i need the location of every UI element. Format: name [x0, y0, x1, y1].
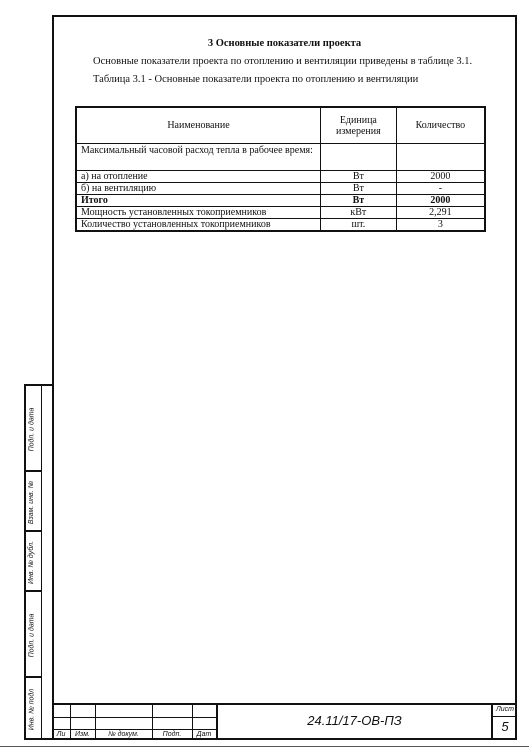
row-value: - [396, 183, 485, 195]
row-unit: кВт [320, 207, 396, 219]
document-code: 24.11/17-ОВ-ПЗ [217, 713, 492, 728]
row-name: а) на отопление [76, 171, 320, 183]
row-value: 2000 [396, 195, 485, 207]
side-stamp-cell: Взам. инв. № [26, 472, 42, 532]
col-label-doc-no: № докум. [95, 731, 152, 738]
side-label-orig-inv: Инв. № подл [29, 688, 36, 730]
table-row: Мощность установленных токоприемников кВ… [76, 207, 485, 219]
sheet-label: Лист [493, 706, 517, 713]
col-label-signature: Подп. [152, 731, 192, 738]
col-label-sheet: Ли [52, 731, 70, 738]
row-unit: Вт [320, 183, 396, 195]
row-name: Количество установленных токоприемников [76, 219, 320, 232]
table-caption: Таблица 3.1 - Основные показатели проект… [93, 74, 418, 85]
row-value: 2,291 [396, 207, 485, 219]
page-edge-line [0, 746, 529, 747]
header-unit: Единица измерения [320, 107, 396, 144]
side-stamp-cell: Подп. и дата [26, 592, 42, 678]
table-row: Количество установленных токоприемников … [76, 219, 485, 232]
row-name: б) на вентиляцию [76, 183, 320, 195]
side-label-replaced-inv: Взам. инв. № [29, 480, 36, 523]
row-unit [320, 144, 396, 171]
row-value: 3 [396, 219, 485, 232]
header-quantity: Количество [396, 107, 485, 144]
sheet-divider [492, 716, 517, 717]
side-stamp-cell: Инв. № дубл. [26, 532, 42, 592]
row-unit: шт. [320, 219, 396, 232]
title-block: Ли Изм. № докум. Подп. Дат 24.11/17-ОВ-П… [52, 703, 517, 740]
row-value [396, 144, 485, 171]
row-unit: Вт [320, 195, 396, 207]
side-stamp-cell: Инв. № подл [26, 678, 42, 740]
table-row-total: Итого Вт 2000 [76, 195, 485, 207]
side-label-dup-inv: Инв. № дубл. [29, 540, 36, 583]
side-label-sign-date-1: Подп. и дата [29, 407, 36, 451]
indicators-table: Наименование Единица измерения Количеств… [75, 106, 486, 232]
table-row: Максимальный часовой расход тепла в рабо… [76, 144, 485, 171]
row-unit: Вт [320, 171, 396, 183]
side-stamp-cell: Подп. и дата [26, 386, 42, 472]
table-header-row: Наименование Единица измерения Количеств… [76, 107, 485, 144]
side-stamp: Подп. и дата Взам. инв. № Инв. № дубл. П… [24, 384, 54, 740]
table-row: а) на отопление Вт 2000 [76, 171, 485, 183]
intro-paragraph: Основные показатели проекта по отоплению… [93, 56, 472, 67]
row-name: Итого [76, 195, 320, 207]
col-label-change: Изм. [70, 731, 95, 738]
sheet-number: 5 [493, 719, 517, 734]
row-name: Мощность установленных токоприемников [76, 207, 320, 219]
header-name: Наименование [76, 107, 320, 144]
row-name: Максимальный часовой расход тепла в рабо… [76, 144, 320, 171]
col-label-date: Дат [192, 731, 216, 738]
side-label-sign-date-2: Подп. и дата [29, 613, 36, 657]
section-title: 3 Основные показатели проекта [52, 38, 517, 49]
row-value: 2000 [396, 171, 485, 183]
table-row: б) на вентиляцию Вт - [76, 183, 485, 195]
